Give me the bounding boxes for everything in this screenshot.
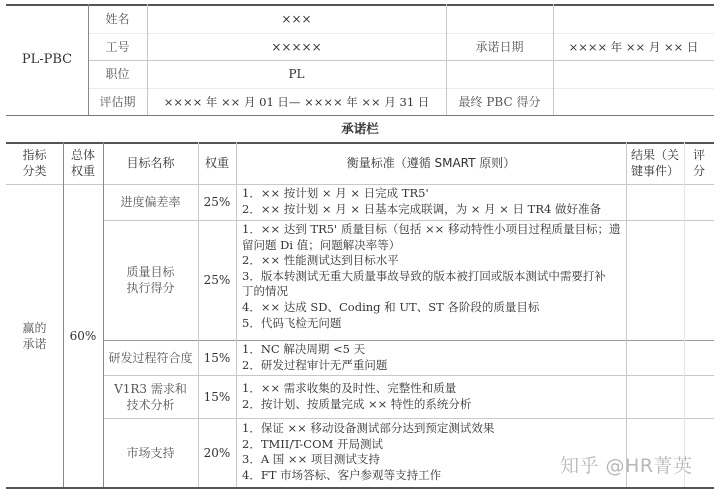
goal-weight: 25% xyxy=(198,220,236,340)
category-cell: 赢的 承诺 xyxy=(6,184,63,487)
criteria-item: 2．×× 按计划 × 月 × 日基本完成联调，为 × 月 × 日 TR4 做好准… xyxy=(242,202,626,218)
table-border-bottom xyxy=(6,115,714,116)
col-header-result: 结果（关 键事件） xyxy=(626,142,684,184)
goal-name-line2: 执行得分 xyxy=(126,280,174,296)
goal-name-line1: V1R3 需求和 xyxy=(114,381,187,397)
goal-name-line2: 技术分析 xyxy=(126,397,174,413)
col-header-overall-weight: 总体 权重 xyxy=(63,142,103,184)
label-commit-date: 承诺日期 xyxy=(446,33,553,60)
goal-criteria: 1．×× 达到 TR5' 质量目标（包括 ×× 移动特性小项目过程质量目标；遗 … xyxy=(242,222,626,331)
col-header-score-line1: 评 xyxy=(693,147,705,163)
divider xyxy=(684,142,685,487)
goal-name: 市场支持 xyxy=(103,418,198,487)
goal-criteria: 1．NC 解决周期 <5 天 2．研发过程审计无严重问题 xyxy=(242,342,626,373)
watermark: 知乎 @HR菁英 xyxy=(560,451,693,478)
col-header-result-line2: 键事件） xyxy=(631,163,679,179)
col-header-category: 指标 分类 xyxy=(6,142,63,184)
goal-weight: 15% xyxy=(198,340,236,375)
criteria-item: 丁的情况 xyxy=(242,284,626,300)
value-position: PL xyxy=(147,60,446,88)
category-line1: 赢的 xyxy=(22,320,46,336)
category-line2: 承诺 xyxy=(22,336,46,352)
value-final-score xyxy=(553,88,714,115)
goal-weight: 20% xyxy=(198,418,236,487)
table-border-bottom xyxy=(6,487,714,489)
overall-weight-cell: 60% xyxy=(63,184,103,487)
goal-name: 质量目标 执行得分 xyxy=(103,220,198,340)
col-header-goal-name: 目标名称 xyxy=(103,142,198,184)
criteria-item: 2．TMII/T-COM 开局测试 xyxy=(242,437,626,453)
criteria-item: 5．代码飞检无问题 xyxy=(242,316,626,332)
criteria-item: 4．×× 达成 SD、Coding 和 UT、ST 各阶段的质量目标 xyxy=(242,300,626,316)
label-name: 姓名 xyxy=(88,4,147,33)
section-title: 承诺栏 xyxy=(6,118,714,140)
criteria-item: 1．×× 达到 TR5' 质量目标（包括 ×× 移动特性小项目过程质量目标；遗 xyxy=(242,222,626,238)
col-header-overall-weight-line1: 总体 xyxy=(71,147,95,163)
criteria-item: 1．NC 解决周期 <5 天 xyxy=(242,342,626,358)
col-header-overall-weight-line2: 权重 xyxy=(71,163,95,179)
col-header-category-line1: 指标 xyxy=(22,147,46,163)
goal-name: 进度偏差率 xyxy=(103,184,198,220)
criteria-item: 1．保证 ×× 移动设备测试部分达到预定测试效果 xyxy=(242,421,626,437)
label-employee-id: 工号 xyxy=(88,33,147,60)
value-name: ××× xyxy=(147,4,446,33)
goal-name-line1: 质量目标 xyxy=(126,264,174,280)
criteria-item: 留问题 Di 值；问题解决率等） xyxy=(242,238,626,254)
goal-criteria: 1．×× 需求收集的及时性、完整性和质量 2．按计划、按质量完成 ×× 特性的系… xyxy=(242,381,626,412)
form-code: PL-PBC xyxy=(6,4,88,115)
value-employee-id: ××××× xyxy=(147,33,446,60)
label-final-score: 最终 PBC 得分 xyxy=(446,88,553,115)
divider xyxy=(236,142,237,487)
goal-criteria: 1．×× 按计划 × 月 × 日完成 TR5' 2．×× 按计划 × 月 × 日… xyxy=(242,186,626,217)
col-header-result-line1: 结果（关 xyxy=(631,147,679,163)
criteria-item: 1．×× 需求收集的及时性、完整性和质量 xyxy=(242,381,626,397)
label-position: 职位 xyxy=(88,60,147,88)
criteria-item: 1．×× 按计划 × 月 × 日完成 TR5' xyxy=(242,186,626,202)
goal-name: V1R3 需求和 技术分析 xyxy=(103,375,198,418)
goal-name: 研发过程符合度 xyxy=(103,340,198,375)
criteria-item: 2．×× 性能测试达到目标水平 xyxy=(242,253,626,269)
col-header-category-line2: 分类 xyxy=(22,163,46,179)
col-header-score-line2: 分 xyxy=(693,163,705,179)
label-eval-period: 评估期 xyxy=(88,88,147,115)
col-header-score: 评 分 xyxy=(684,142,714,184)
goal-weight: 15% xyxy=(198,375,236,418)
col-header-criteria: 衡量标准（遵循 SMART 原则） xyxy=(236,142,626,184)
criteria-item: 2．研发过程审计无严重问题 xyxy=(242,358,626,374)
value-eval-period: ×××× 年 ×× 月 01 日— ×××× 年 ×× 月 31 日 xyxy=(147,88,446,115)
criteria-item: 3．版本转测试无重大质量事故导致的版本被打回或版本测试中需要打补 xyxy=(242,269,626,285)
divider xyxy=(626,142,627,487)
value-commit-date: ×××× 年 ×× 月 ×× 日 xyxy=(553,33,714,60)
col-header-weight: 权重 xyxy=(198,142,236,184)
criteria-item: 2．按计划、按质量完成 ×× 特性的系统分析 xyxy=(242,397,626,413)
goal-weight: 25% xyxy=(198,184,236,220)
